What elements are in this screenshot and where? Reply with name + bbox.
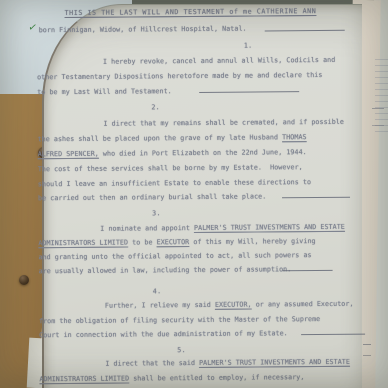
line-text: I nominate and appoint: [100, 224, 194, 233]
document-line: The cost of these services shall be born…: [38, 163, 303, 173]
document-line: ADMINISTRATORS LIMITED shall be entitled…: [39, 373, 304, 383]
executor-term: EXECUTOR,: [215, 301, 252, 309]
testator-description: born Finnigan, Widow, of Hillcrest Hospi…: [39, 25, 247, 35]
line-text: of this my Will, hereby giving: [189, 237, 315, 246]
line-text: to be: [128, 238, 157, 246]
document-line: Further, I relieve my said EXECUTOR, or …: [105, 300, 354, 310]
document-line: from the obligation of filing security w…: [39, 315, 320, 325]
husband-name: ALFRED SPENCER,: [38, 150, 99, 158]
clause-number: 3.: [152, 209, 161, 217]
document-line: I direct that the said PALMER'S TRUST IN…: [105, 358, 350, 368]
document-line: I hereby revoke, cancel and annul all Wi…: [103, 56, 335, 66]
typed-rule-line: [283, 270, 333, 271]
typed-rule-line: [282, 197, 350, 199]
executor-company-name: ADMINISTRATORS LIMITED: [38, 239, 128, 248]
document-line: should I leave an insufficient Estate to…: [38, 178, 311, 188]
photo-of-document: THIS IS THE LAST WILL AND TESTAMENT of m…: [0, 0, 388, 388]
clause-number: 5.: [177, 346, 186, 354]
document-line: ADMINISTRATORS LIMITED to be EXECUTOR of…: [38, 237, 315, 247]
document-line: other Testamentary Dispositions heretofo…: [37, 71, 322, 81]
line-text: Further, I relieve my said: [105, 301, 215, 310]
line-text: or any assumed Executor,: [252, 300, 354, 309]
clause-number: 1.: [244, 42, 253, 50]
title-connector: of me: [225, 8, 257, 16]
line-text: shall be entitled to employ, if necessar…: [129, 373, 304, 382]
typed-rule-line: [199, 91, 299, 93]
document-title: THIS IS THE LAST WILL AND TESTAMENT of m…: [65, 7, 317, 17]
line-text: who died in Port Elizabeth on the 22nd J…: [99, 148, 307, 158]
executor-company-name: PALMER'S TRUST INVESTMENTS AND ESTATE: [199, 358, 350, 367]
document-line: ALFRED SPENCER, who died in Port Elizabe…: [38, 148, 307, 158]
typed-rule-line: [301, 334, 365, 336]
document-line: the ashes shall be placed upon the grave…: [38, 133, 307, 143]
husband-name: THOMAS: [282, 133, 307, 141]
testator-name: CATHERINE ANN: [257, 7, 317, 15]
document-line: I direct that my remains shall be cremat…: [103, 118, 344, 128]
typed-text-layer: THIS IS THE LAST WILL AND TESTAMENT of m…: [0, 0, 388, 388]
document-line: I nominate and appoint PALMER'S TRUST IN…: [100, 223, 345, 233]
executor-company-name: ADMINISTRATORS LIMITED: [39, 375, 129, 384]
document-line: be carried out then an ordinary burial s…: [38, 192, 266, 202]
title-phrase: THIS IS THE LAST WILL AND TESTAMENT: [65, 8, 225, 17]
executor-company-name: PALMER'S TRUST INVESTMENTS AND ESTATE: [194, 223, 345, 232]
clause-number: 2.: [151, 103, 160, 111]
document-line: Court in connection with the due adminis…: [39, 329, 288, 339]
clause-number: 4.: [153, 287, 162, 295]
document-line: and granting unto the official appointed…: [38, 251, 311, 261]
line-text: I direct that the said: [105, 359, 199, 368]
document-line: are usually allowed in law, including th…: [39, 265, 292, 275]
line-text: the ashes shall be placed upon the grave…: [38, 133, 283, 143]
typed-rule-line: [265, 30, 345, 32]
document-line: to be my Last Will and Testament.: [37, 87, 172, 96]
executor-term: EXECUTOR: [157, 238, 190, 246]
